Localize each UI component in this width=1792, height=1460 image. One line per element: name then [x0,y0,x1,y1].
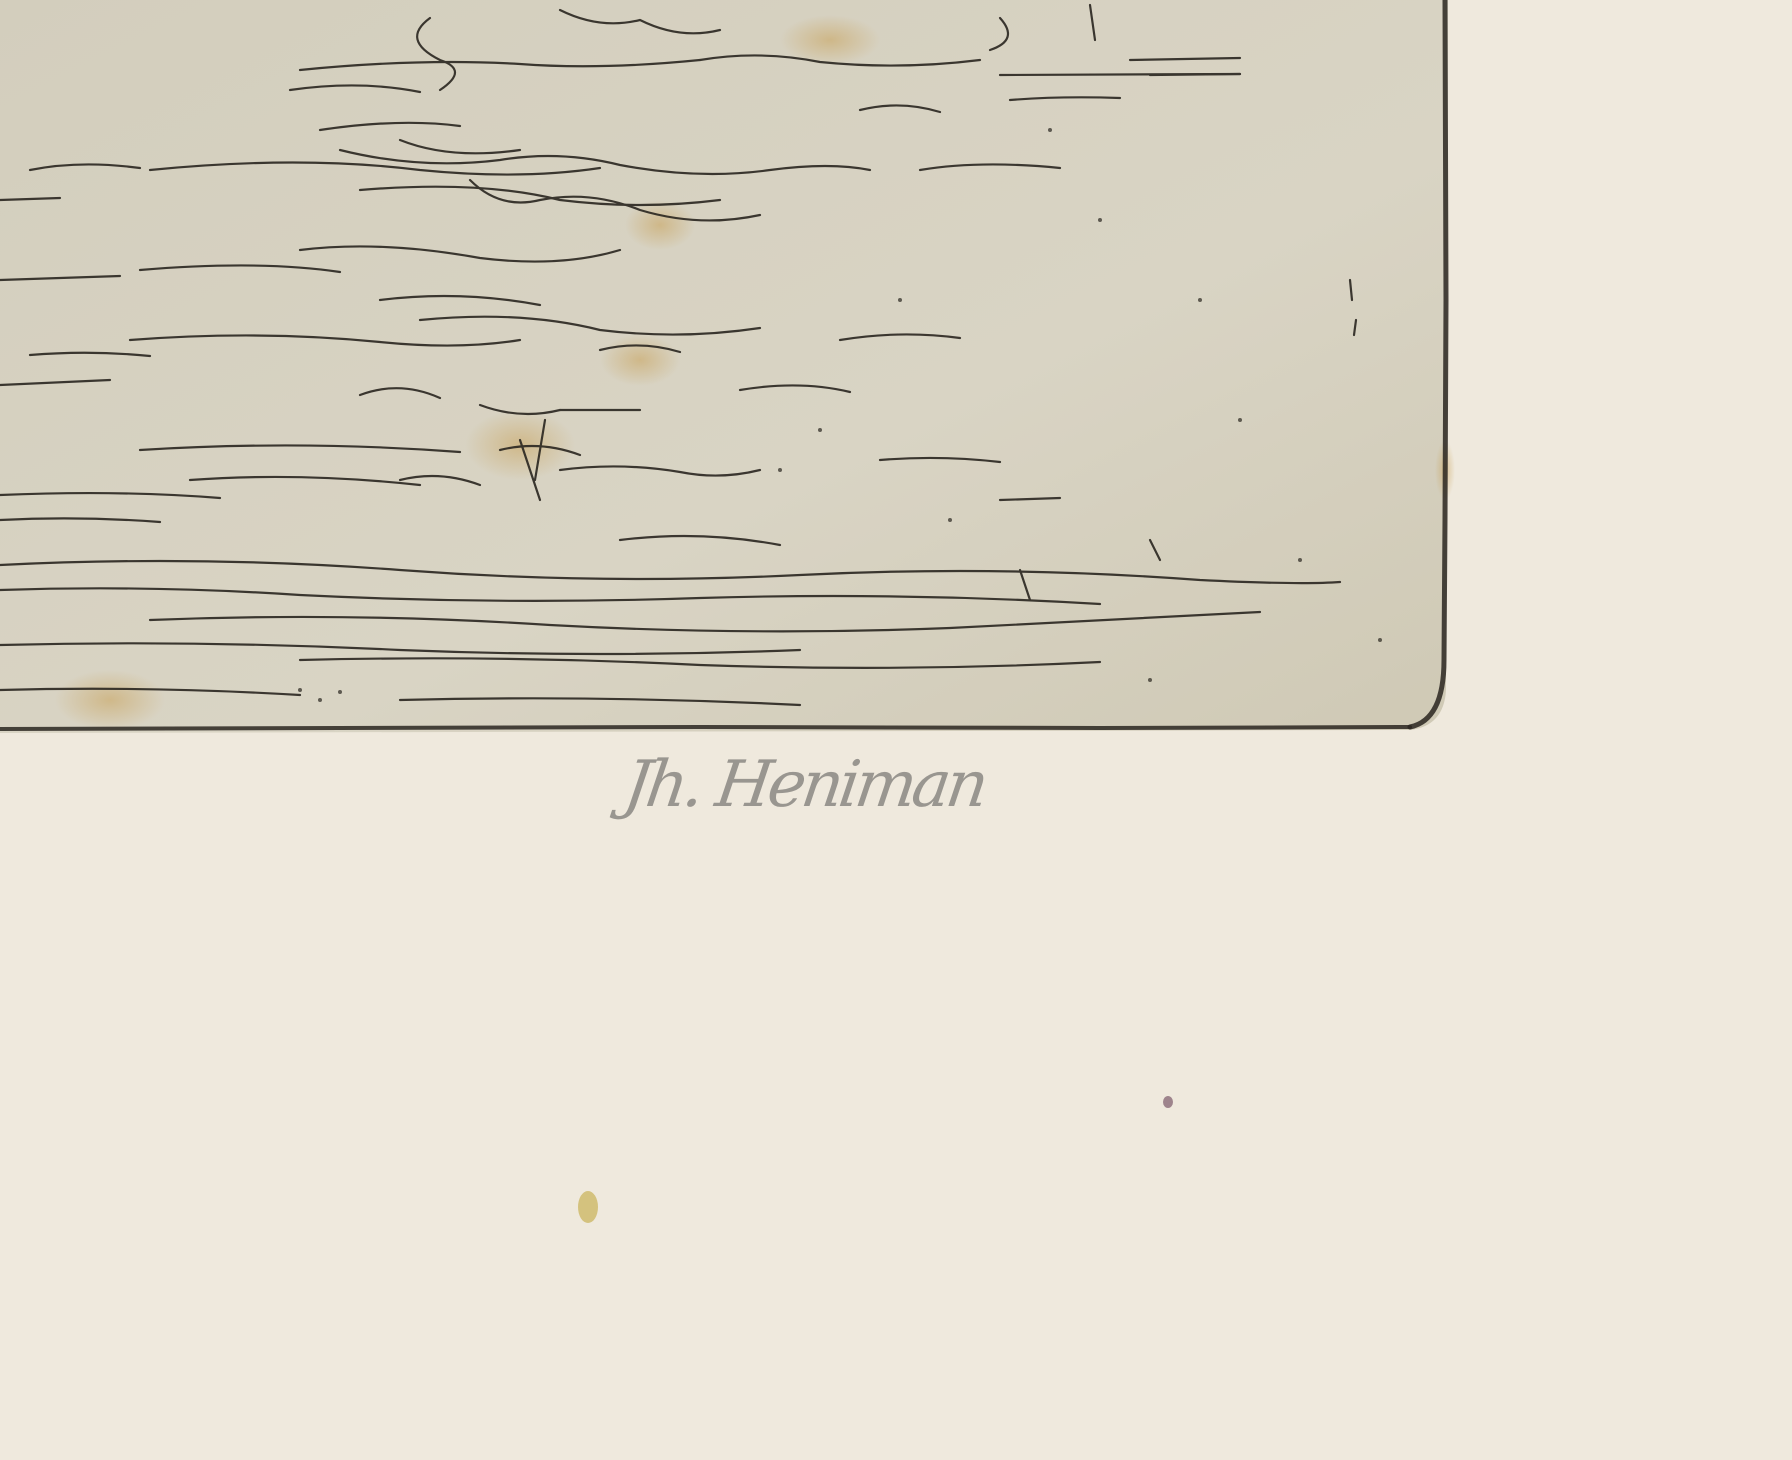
etching-photograph: Jh. Heniman [0,0,1792,1460]
etching-canvas [0,0,1792,1460]
pencil-signature: Jh. Heniman [620,748,989,822]
